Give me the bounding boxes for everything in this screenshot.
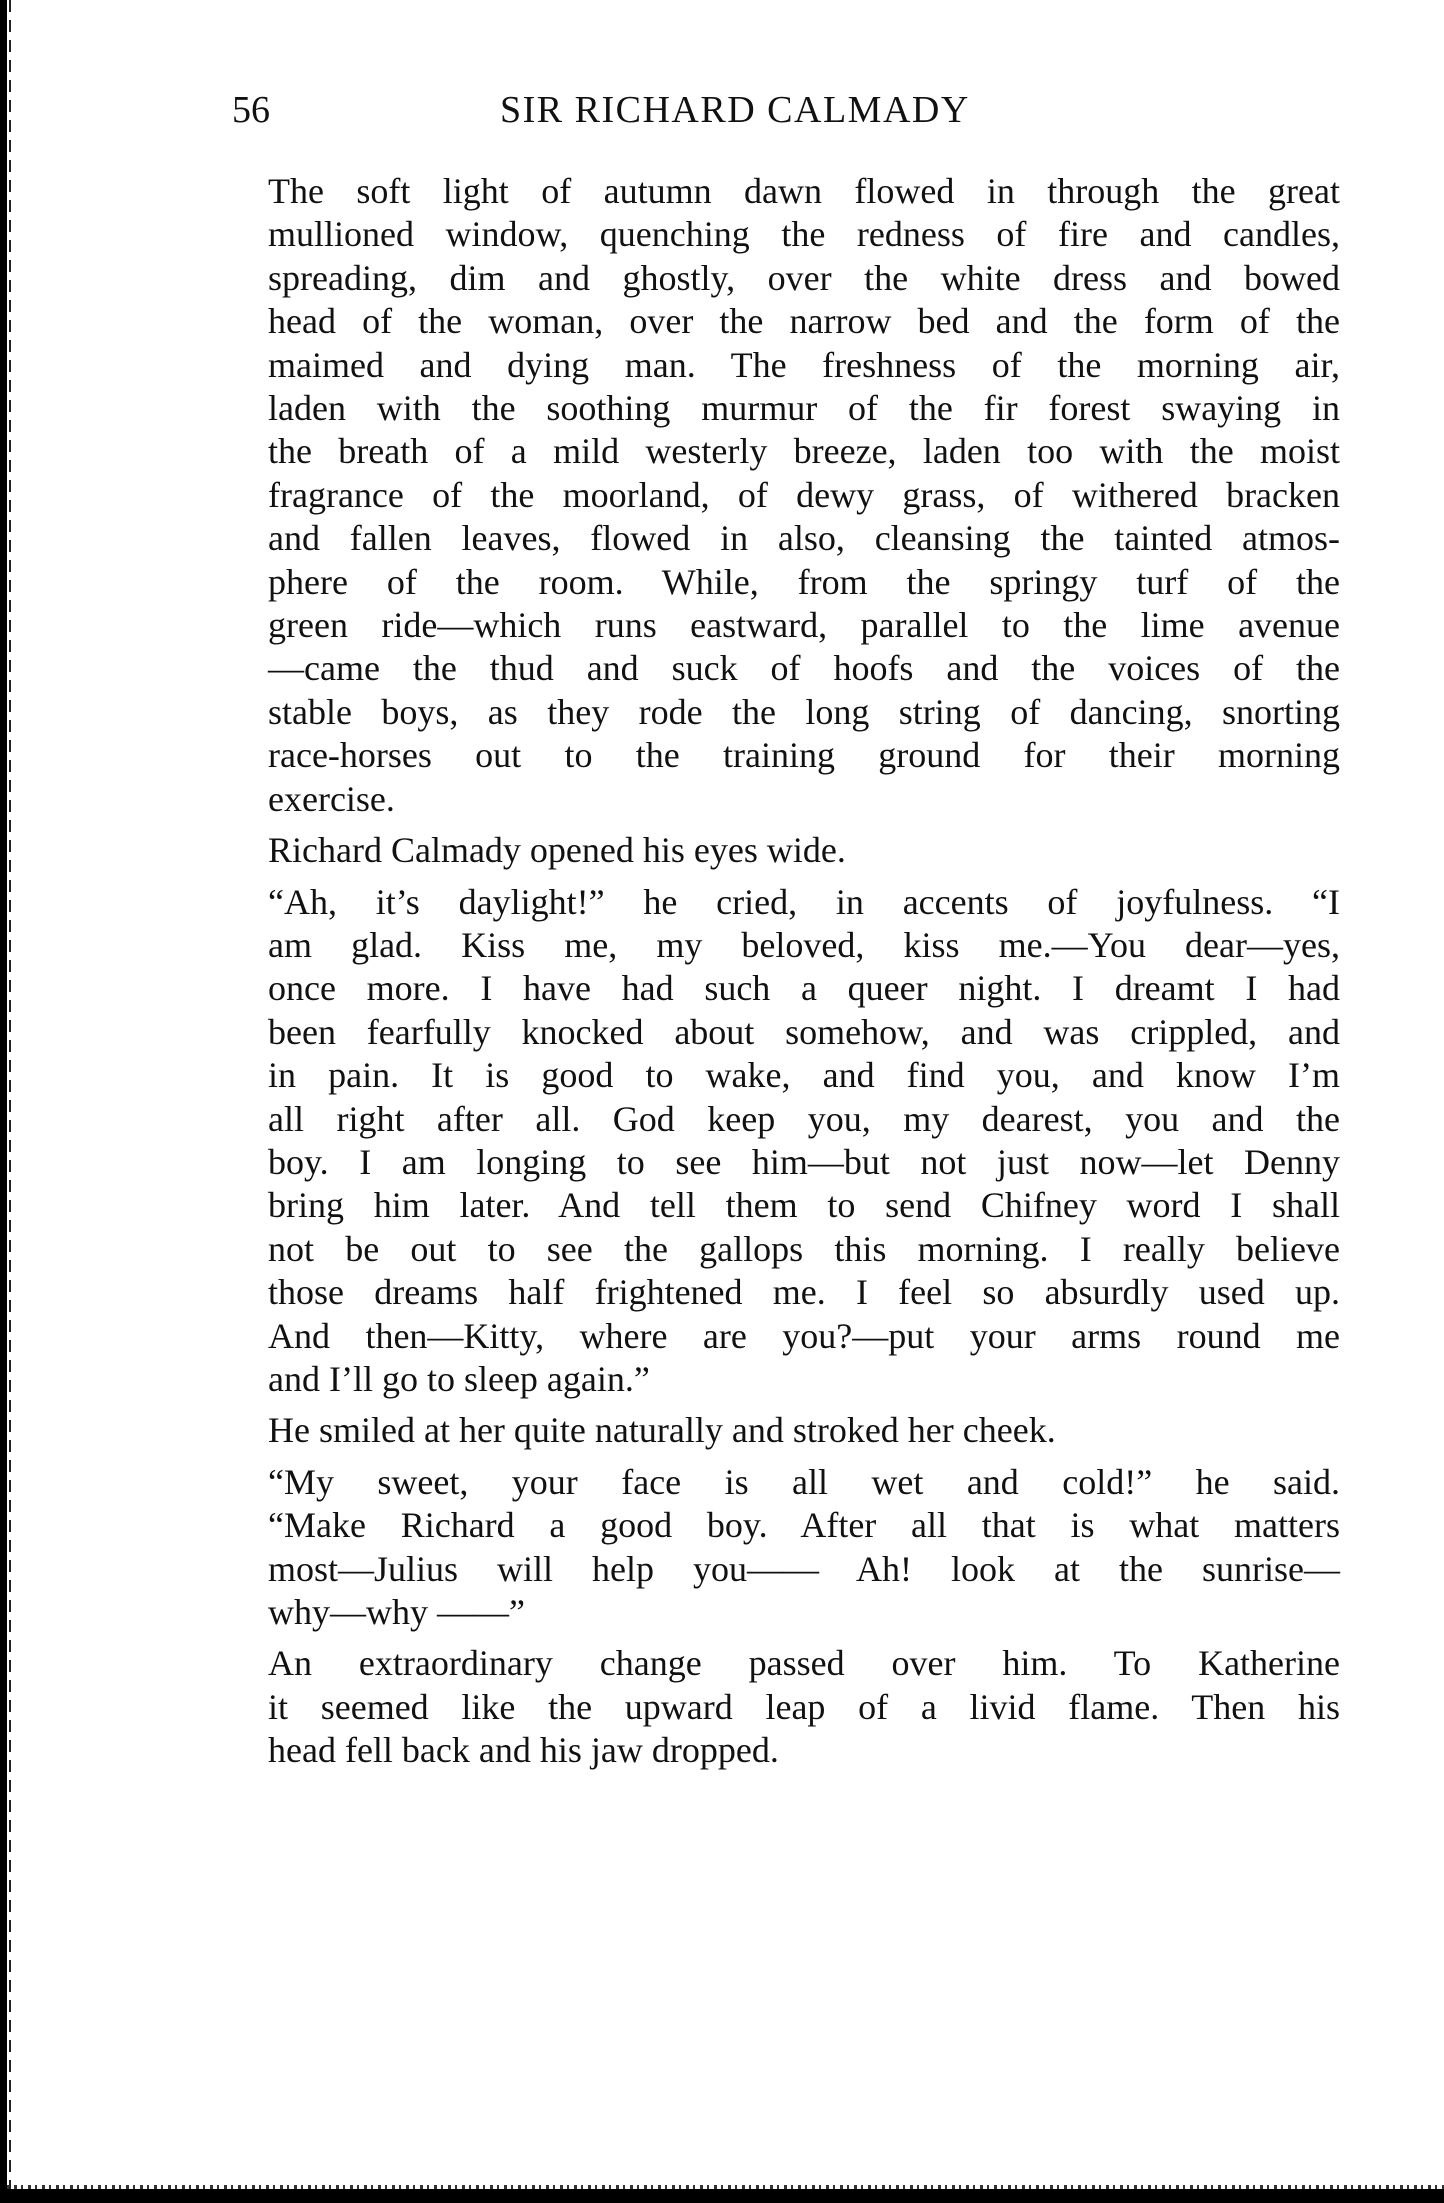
text-line: am glad. Kiss me, my beloved, kiss me.—Y… bbox=[222, 924, 1340, 967]
text-line: and fallen leaves, flowed in also, clean… bbox=[222, 517, 1340, 560]
text-line: phere of the room. While, from the sprin… bbox=[222, 561, 1340, 604]
text-line: An extraordinary change passed over him.… bbox=[222, 1642, 1340, 1685]
text-line: stable boys, as they rode the long strin… bbox=[222, 691, 1340, 734]
text-line: once more. I have had such a queer night… bbox=[222, 967, 1340, 1010]
body-text: The soft light of autumn dawn flowed in … bbox=[222, 170, 1340, 1773]
text-line: Richard Calmady opened his eyes wide. bbox=[222, 829, 1340, 872]
paragraph-6: An extraordinary change passed over him.… bbox=[222, 1642, 1340, 1772]
paragraph-5: “My sweet, your face is all wet and cold… bbox=[222, 1461, 1340, 1635]
text-line: head of the woman, over the narrow bed a… bbox=[222, 300, 1340, 343]
text-line: race-horses out to the training ground f… bbox=[222, 734, 1340, 777]
text-line: fragrance of the moorland, of dewy grass… bbox=[222, 474, 1340, 517]
text-line: mullioned window, quenching the redness … bbox=[222, 213, 1340, 256]
text-line: maimed and dying man. The freshness of t… bbox=[222, 344, 1340, 387]
text-line: in pain. It is good to wake, and find yo… bbox=[222, 1054, 1340, 1097]
text-line: He smiled at her quite naturally and str… bbox=[222, 1409, 1340, 1452]
text-line: why—why ——” bbox=[222, 1591, 1340, 1634]
running-title: SIR RICHARD CALMADY bbox=[500, 88, 970, 132]
text-line: boy. I am longing to see him—but not jus… bbox=[222, 1141, 1340, 1184]
text-line: “Make Richard a good boy. After all that… bbox=[222, 1504, 1340, 1547]
text-line: And then—Kitty, where are you?—put your … bbox=[222, 1315, 1340, 1358]
page-number: 56 bbox=[232, 88, 270, 132]
text-line: green ride—which runs eastward, parallel… bbox=[222, 604, 1340, 647]
text-line: —came the thud and suck of hoofs and the… bbox=[222, 647, 1340, 690]
text-line: not be out to see the gallops this morni… bbox=[222, 1228, 1340, 1271]
text-line: spreading, dim and ghostly, over the whi… bbox=[222, 257, 1340, 300]
paragraph-4: He smiled at her quite naturally and str… bbox=[222, 1409, 1340, 1452]
text-line: exercise. bbox=[222, 778, 1340, 821]
text-line: bring him later. And tell them to send C… bbox=[222, 1184, 1340, 1227]
page-header: 56 SIR RICHARD CALMADY bbox=[232, 88, 1332, 138]
text-line: head fell back and his jaw dropped. bbox=[222, 1729, 1340, 1772]
paragraph-1: The soft light of autumn dawn flowed in … bbox=[222, 170, 1340, 821]
text-line: laden with the soothing murmur of the fi… bbox=[222, 387, 1340, 430]
text-line: “My sweet, your face is all wet and cold… bbox=[222, 1461, 1340, 1504]
text-line: and I’ll go to sleep again.” bbox=[222, 1358, 1340, 1401]
text-line: “Ah, it’s daylight!” he cried, in accent… bbox=[222, 881, 1340, 924]
paragraph-3: “Ah, it’s daylight!” he cried, in accent… bbox=[222, 881, 1340, 1402]
text-line: most—Julius will help you—— Ah! look at … bbox=[222, 1548, 1340, 1591]
text-line: been fearfully knocked about somehow, an… bbox=[222, 1011, 1340, 1054]
scan-bottom-edge bbox=[0, 2189, 1444, 2203]
text-line: it seemed like the upward leap of a livi… bbox=[222, 1686, 1340, 1729]
scan-left-edge-line bbox=[9, 0, 11, 2203]
paragraph-2: Richard Calmady opened his eyes wide. bbox=[222, 829, 1340, 872]
text-line: The soft light of autumn dawn flowed in … bbox=[222, 170, 1340, 213]
text-line: those dreams half frightened me. I feel … bbox=[222, 1271, 1340, 1314]
scan-left-edge bbox=[0, 0, 7, 2203]
text-line: the breath of a mild westerly breeze, la… bbox=[222, 430, 1340, 473]
text-line: all right after all. God keep you, my de… bbox=[222, 1098, 1340, 1141]
